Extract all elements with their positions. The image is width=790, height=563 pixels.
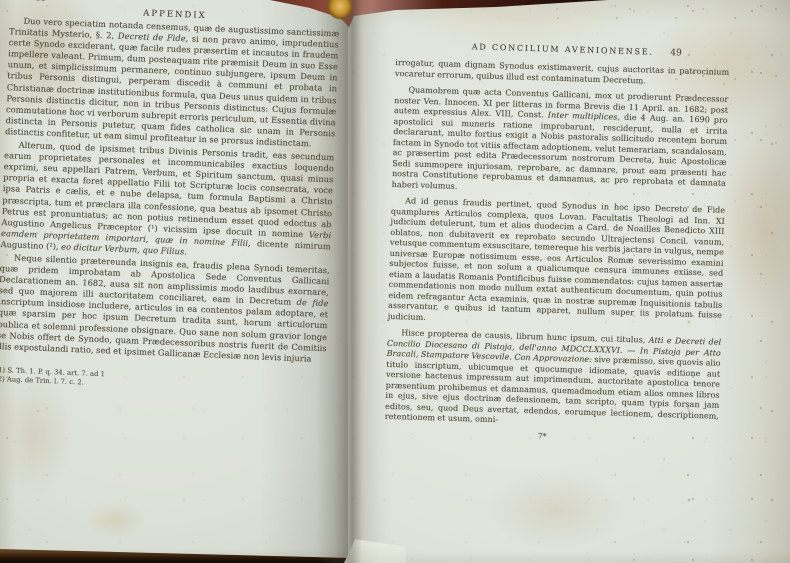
right-running-head: AD CONCILIUM AVENIONENSE. [472,42,654,56]
left-folio: 48 [34,0,46,4]
foxing-stain [0,370,74,500]
open-book-photo: 48 APPENDIX Duo vero speciatim notanda c… [0,0,790,563]
left-page: 48 APPENDIX Duo vero speciatim notanda c… [0,0,352,563]
footnotes: (1) S. Th. 1. P. q. 34. art. 7. ad 1 (2)… [0,366,226,394]
paragraph: Hisce propterea de causis, librum hunc i… [385,328,722,432]
foxing-stain [720,140,790,320]
foxing-stain [86,500,146,540]
right-page-text: AD CONCILIUM AVENIONENSE. 49 irrogatur, … [384,40,730,445]
foxing-stain [486,470,626,550]
paragraph: irrogatur, quam dignam Synodus existimav… [395,58,729,89]
paragraph: Alterum, quod de ipsismet tribus Divinis… [0,139,334,263]
paragraph: Neque silentio prætereunda insignis ea, … [0,252,330,365]
right-page: AD CONCILIUM AVENIONENSE. 49 irrogatur, … [346,0,790,563]
paragraph: Quamobrem quæ acta Conventus Gallicani, … [392,85,729,200]
right-folio: 49 [670,48,682,58]
paragraph: Duo vero speciatim notanda censemus, quæ… [5,15,340,150]
paragraph: Ad id genus fraudis pertinet, quod Synod… [388,196,726,332]
left-page-text: 48 APPENDIX Duo vero speciatim notanda c… [0,0,340,398]
